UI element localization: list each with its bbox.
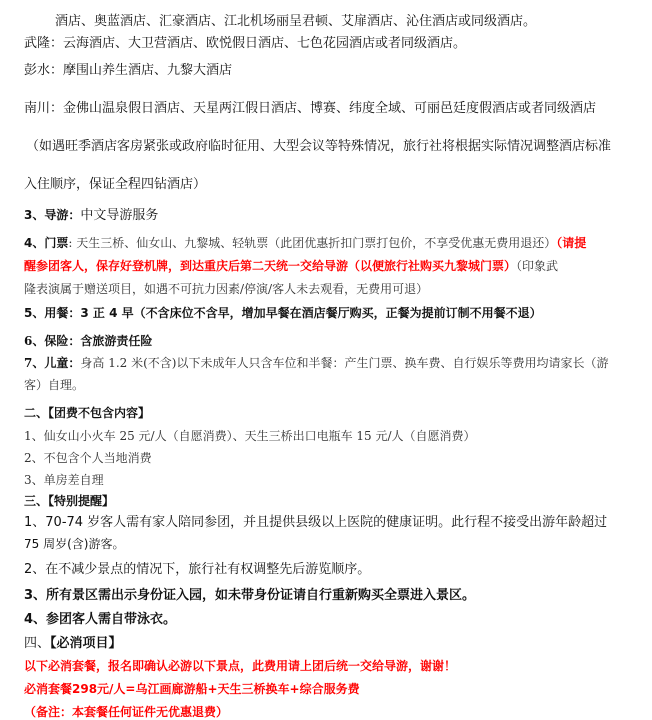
hotel-list-chongqing-continued: 酒店、奥蓝酒店、汇豪酒店、江北机场丽呈君顿、艾扉酒店、沁住酒店或同级酒店。 — [55, 14, 536, 30]
mandatory-remark: （备注：本套餐任何证件无优惠退费） — [24, 705, 228, 719]
reminder-item-3: 3、所有景区需出示身份证入园，如未带身份证请自行重新购买全票进入景区。 — [24, 588, 475, 604]
tickets-item-line2: 醒参团客人，保存好登机牌，到达重庆后第二天统一交给导游（以便旅行社购买九黎城门票… — [24, 259, 558, 273]
children-item-line2: 客）自理。 — [24, 378, 84, 392]
hotel-note-line2: 入住顺序，保证全程四钻酒店） — [24, 177, 206, 193]
guide-item: 3、导游：中文导游服务 — [24, 208, 158, 224]
excluded-item-1: 1、仙女山小火车 25 元/人（自愿消费）、天生三桥出口电瓶车 15 元/人（自… — [24, 429, 476, 443]
hotel-list-nanchuan: 南川：金佛山温泉假日酒店、天星两江假日酒店、博赛、纬度全域、可丽邑廷度假酒店或者… — [24, 101, 596, 117]
nanchuan-hotels: 金佛山温泉假日酒店、天星两江假日酒店、博赛、纬度全域、可丽邑廷度假酒店或者同级酒… — [63, 101, 596, 116]
meals-item: 5、用餐：3 正 4 早（不含床位不含早，增加早餐在酒店餐厅购买，正餐为提前订制… — [24, 306, 542, 320]
pengshui-hotels: 摩围山养生酒店、九黎大酒店 — [63, 63, 232, 78]
excluded-item-3: 3、单房差自理 — [24, 473, 104, 487]
insurance-text: 含旅游责任险 — [80, 334, 152, 348]
wulong-hotels: 云海酒店、大卫营酒店、欧悦假日酒店、七色花园酒店或者同级酒店。 — [63, 36, 466, 51]
mandatory-heading: 四、【必消项目】 — [24, 636, 122, 652]
insurance-label: 保险： — [44, 334, 80, 348]
guide-num: 3、 — [24, 208, 44, 222]
meals-text: 3 正 4 早（不含床位不含早，增加早餐在酒店餐厅购买，正餐为提前订制不用餐不退… — [80, 306, 541, 320]
excluded-heading: 二、【团费不包含内容】 — [24, 406, 150, 420]
wulong-label: 武隆： — [24, 36, 63, 51]
excluded-item-2: 2、不包含个人当地消费 — [24, 451, 152, 465]
tickets-performance-start: （印象武 — [516, 259, 558, 273]
tickets-alert: 醒参团客人，保存好登机牌，到达重庆后第二天统一交给导游（以便旅行社购买九黎城门票… — [24, 259, 516, 273]
meals-label: 用餐： — [44, 306, 80, 320]
mandatory-package-price: 必消套餐298元/人=乌江画廊游船+天生三桥换车+综合服务费 — [24, 682, 360, 696]
mandatory-notice: 以下必消套餐，报名即确认必游以下景点，此费用请上团后统一交给导游，谢谢！ — [24, 659, 456, 673]
reminder-item-1-line2: 75 周岁(含)游客。 — [24, 537, 124, 551]
guide-text: 中文导游服务 — [80, 208, 158, 223]
meals-num: 5、 — [24, 306, 44, 320]
mandatory-heading-label: 【必消项目】 — [50, 636, 122, 651]
tickets-item-line3: 隆表演属于赠送项目，如遇不可抗力因素/停演/客人未去观看，无费用可退） — [24, 282, 428, 296]
pengshui-label: 彭水： — [24, 63, 63, 78]
tickets-alert-start: （请提 — [556, 236, 586, 250]
tickets-item-line1: 4、门票: 天生三桥、仙女山、九黎城、轻轨票（此团优惠折扣门票打包价，不享受优惠… — [24, 236, 586, 250]
nanchuan-label: 南川： — [24, 101, 63, 116]
tickets-num: 4、 — [24, 236, 44, 250]
tickets-label: 门票 — [44, 236, 68, 250]
reminder-item-1-line1: 1、70-74 岁客人需有家人陪同参团，并且提供县级以上医院的健康证明。此行程不… — [24, 515, 607, 531]
children-label: 儿童： — [44, 356, 80, 370]
children-item-line1: 7、儿童：身高 1.2 米(不含)以下未成年人只含车位和半餐：产生门票、换车费、… — [24, 356, 608, 370]
children-num: 7、 — [24, 356, 44, 370]
insurance-item: 6、保险：含旅游责任险 — [24, 334, 152, 348]
tickets-text: : 天生三桥、仙女山、九黎城、轻轨票（此团优惠折扣门票打包价，不享受优惠无费用退… — [68, 236, 556, 250]
children-text: 身高 1.2 米(不含)以下未成年人只含车位和半餐：产生门票、换车费、自行娱乐等… — [80, 356, 608, 370]
reminder-item-4: 4、参团客人需自带泳衣。 — [24, 612, 176, 628]
reminder-item-2: 2、在不减少景点的情况下，旅行社有权调整先后游览顺序。 — [24, 562, 370, 578]
reminders-heading: 三、【特别提醒】 — [24, 494, 114, 508]
mandatory-heading-num: 四、 — [24, 636, 50, 651]
guide-label: 导游： — [44, 208, 80, 222]
insurance-num: 6、 — [24, 334, 44, 348]
hotel-list-pengshui: 彭水：摩围山养生酒店、九黎大酒店 — [24, 63, 232, 79]
hotel-list-wulong: 武隆：云海酒店、大卫营酒店、欧悦假日酒店、七色花园酒店或者同级酒店。 — [24, 36, 466, 52]
hotel-note-line1: （如遇旺季酒店客房紧张或政府临时征用、大型会议等特殊情况，旅行社将根据实际情况调… — [26, 139, 611, 155]
